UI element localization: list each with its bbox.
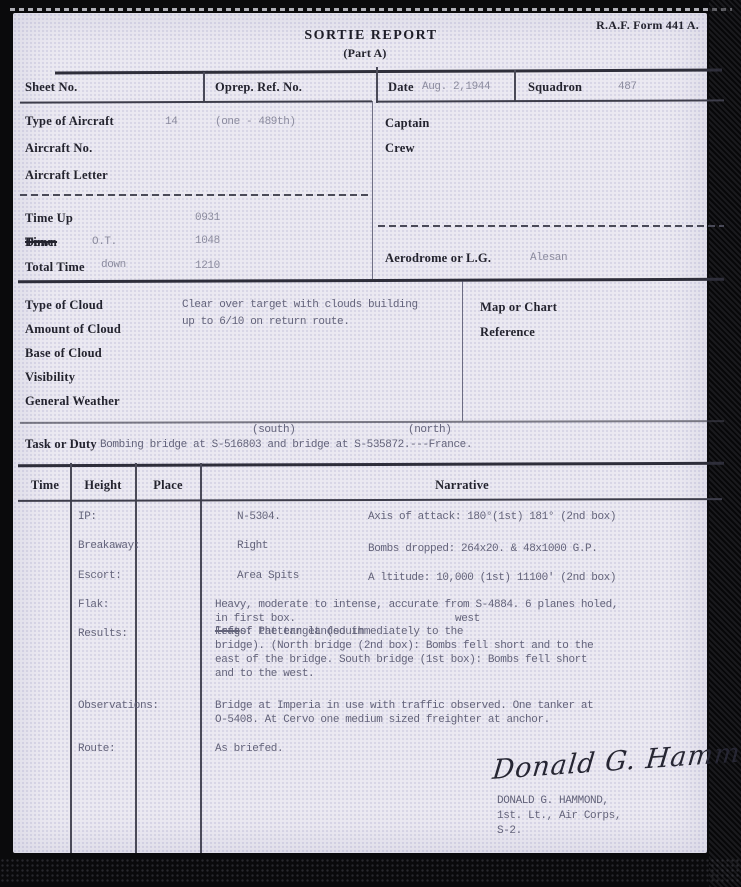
row-results-line3: east of the bridge. South bridge (1st bo… (215, 654, 587, 666)
captain-label: Captain (385, 116, 429, 131)
sheet-no-label: Sheet No. (25, 80, 78, 95)
row-escort-place: Area Spits (237, 570, 299, 582)
table-header-place: Place (137, 478, 199, 493)
time-up-value: 0931 (195, 212, 220, 224)
row-escort-right: A ltitude: 10,000 (1st) 11100' (2nd box) (368, 572, 616, 584)
table-header-narrative: Narrative (202, 478, 722, 493)
rule-header-left (20, 100, 372, 103)
row-observations-line1: Bridge at Imperia in use with traffic ob… (215, 700, 593, 712)
rule-table-top (18, 462, 724, 467)
total-time-value: 1210 (195, 260, 220, 272)
rule-under-title (55, 69, 722, 74)
table-divider-height-place (135, 463, 137, 853)
row-flak-label: Flak: (78, 599, 109, 611)
row-results-line4: and to the west. (215, 668, 314, 680)
row-breakaway-label: Breakaway: (78, 540, 140, 552)
sortie-report-document: R.A.F. Form 441 A. SORTIE REPORT (Part A… (13, 13, 707, 853)
type-of-cloud-label: Type of Cloud (25, 298, 103, 313)
reference-label: Reference (480, 325, 535, 340)
rule-above-weather (18, 278, 724, 283)
divider-center-upper (372, 101, 373, 279)
row-flak-line1: Heavy, moderate to intense, accurate fro… (215, 599, 618, 611)
date-value: Aug. 2,1944 (422, 81, 490, 93)
task-or-duty-value: Bombing bridge at S-516803 and bridge at… (100, 439, 472, 451)
signature-typed-name: DONALD G. HAMMOND, (497, 795, 609, 807)
base-of-cloud-label: Base of Cloud (25, 346, 102, 361)
table-divider-place-narrative (200, 463, 202, 853)
scan-edge-bottom (0, 858, 741, 882)
aerodrome-value: Alesan (530, 252, 567, 264)
amount-of-cloud-label: Amount of Cloud (25, 322, 121, 337)
rule-above-task (20, 420, 724, 423)
aerodrome-label: Aerodrome or L.G. (385, 251, 491, 266)
table-header-time: Time (21, 478, 69, 493)
map-or-chart-label: Map or Chart (480, 300, 557, 315)
aircraft-no-label: Aircraft No. (25, 141, 92, 156)
visibility-label: Visibility (25, 370, 75, 385)
row-ip-label: IP: (78, 511, 97, 523)
row-breakaway-right: Bombs dropped: 264x20. & 48x1000 G.P. (368, 543, 597, 555)
general-weather-label: General Weather (25, 394, 120, 409)
row-flak-line2: in first box. (215, 613, 296, 625)
time-up-label: Time Up (25, 211, 73, 226)
type-of-aircraft-value: 14 (165, 116, 177, 128)
row-results-correction: west (455, 613, 480, 625)
type-of-aircraft-note: (one - 489th) (215, 116, 296, 128)
rule-above-aerodrome (378, 225, 724, 227)
task-north-note: (north) (408, 424, 451, 436)
total-time-typed: down (101, 259, 126, 271)
document-subtitle: (Part A) (13, 46, 707, 61)
rule-under-table-header (18, 498, 722, 501)
signature-handwriting: Donald G. Hammond (491, 734, 741, 786)
rule-header-right (376, 99, 724, 102)
table-header-height: Height (72, 478, 134, 493)
time-down-typed: O.T. (92, 236, 117, 248)
row-results-line2: bridge). (North bridge (2nd box): Bombs … (215, 640, 593, 652)
squadron-label: Squadron (528, 80, 582, 95)
weather-value-line1: Clear over target with clouds building (182, 299, 418, 311)
row-breakaway-place: Right (237, 540, 268, 552)
date-label: Date (388, 80, 414, 95)
weather-value-line2: up to 6/10 on return route. (182, 316, 349, 328)
crew-label: Crew (385, 141, 415, 156)
results-line1-post: of the target (south (240, 626, 364, 638)
task-or-duty-label: Task or Duty (25, 437, 97, 452)
squadron-value: 487 (618, 81, 637, 93)
divider-sheet-oprep (203, 72, 205, 101)
oprep-ref-label: Oprep. Ref. No. (215, 80, 302, 95)
divider-oprep-date (376, 67, 378, 103)
row-escort-label: Escort: (78, 570, 121, 582)
row-results-line1: Frags: Pattern landed immediately to the… (215, 626, 240, 638)
scan-edge-top (10, 8, 732, 11)
document-title: SORTIE REPORT (13, 28, 707, 44)
total-time-label: Total Time (25, 260, 85, 275)
row-observations-line2: O-5408. At Cervo one medium sized freigh… (215, 714, 550, 726)
divider-weather-map (462, 281, 463, 421)
row-route-label: Route: (78, 743, 115, 755)
time-down-value: 1048 (195, 235, 220, 247)
time-down-label-struck: Down (25, 235, 57, 250)
signature-typed-rank: 1st. Lt., Air Corps, (497, 810, 621, 822)
row-ip-right: Axis of attack: 180°(1st) 181° (2nd box) (368, 511, 616, 523)
row-observations-label: Observations: (78, 700, 159, 712)
table-divider-time-height (70, 463, 72, 853)
divider-date-squadron (514, 70, 516, 102)
rule-under-aircraft (20, 194, 372, 196)
row-ip-place: N-5304. (237, 511, 280, 523)
row-route-value: As briefed. (215, 743, 283, 755)
signature-typed-section: S-2. (497, 825, 522, 837)
task-south-note: (south) (252, 424, 295, 436)
aircraft-letter-label: Aircraft Letter (25, 168, 108, 183)
type-of-aircraft-label: Type of Aircraft (25, 114, 114, 129)
row-results-label: Results: (78, 628, 128, 640)
